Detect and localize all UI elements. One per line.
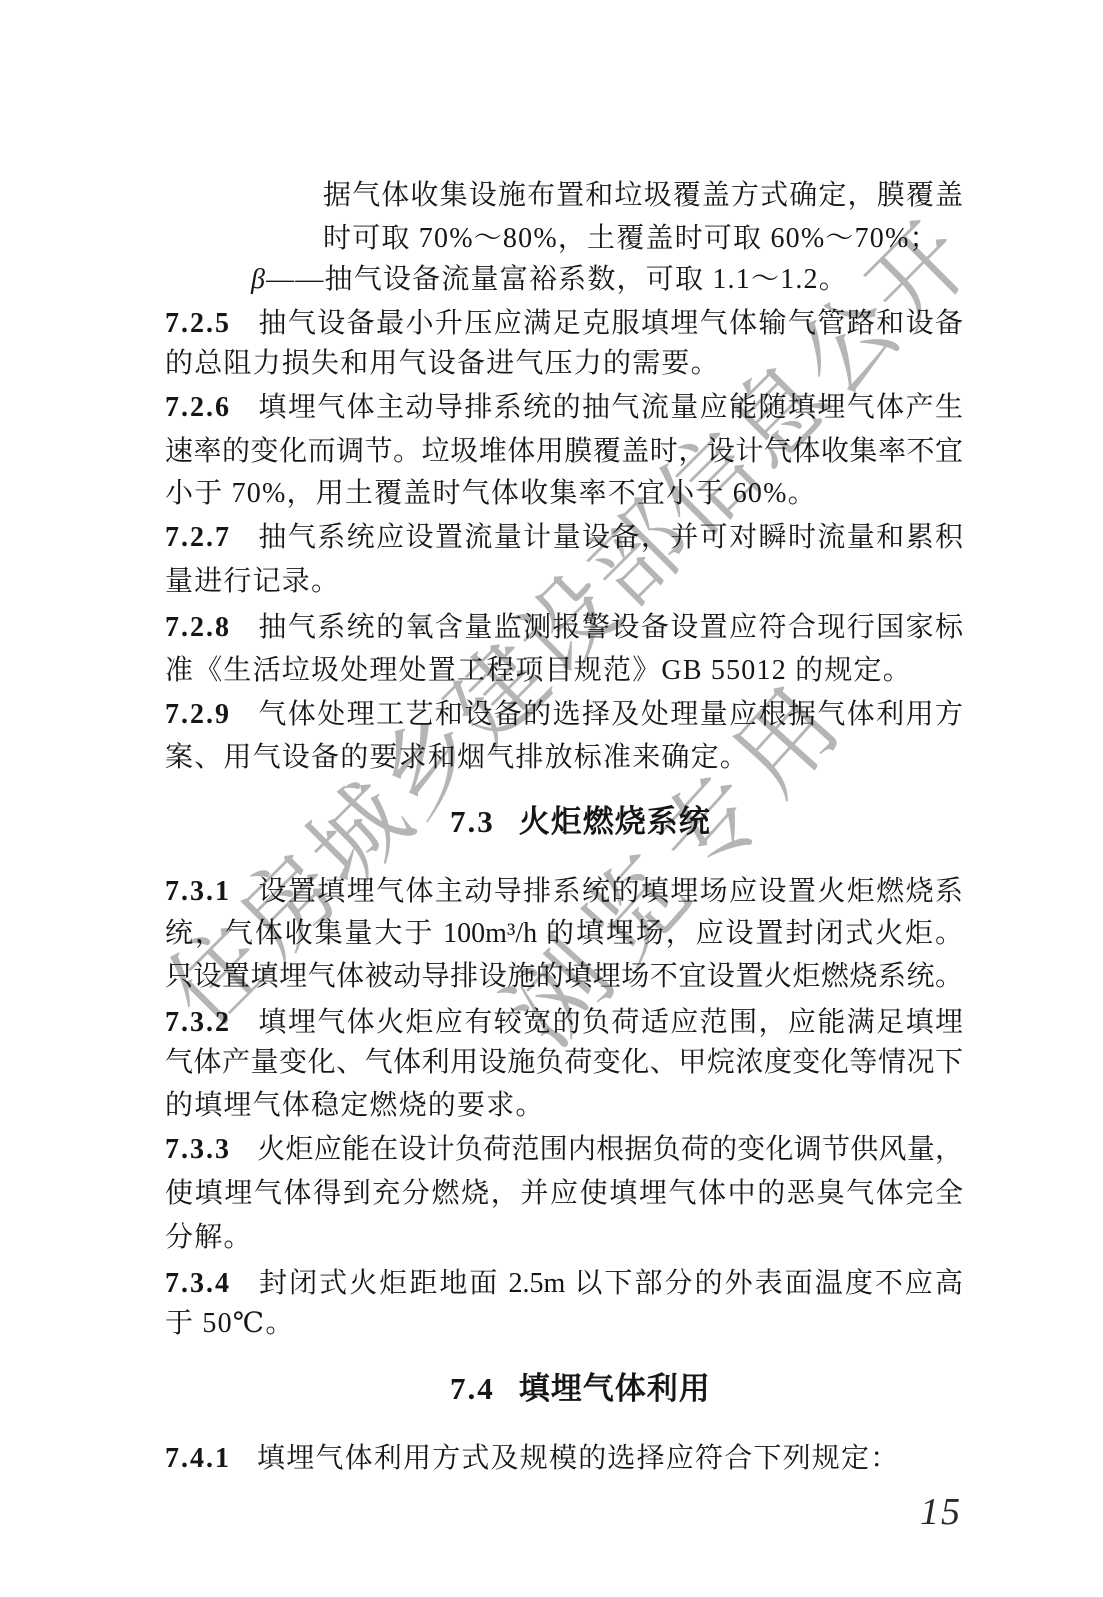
body-line: 7.2.9气体处理工艺和设备的选择及处理量应根据气体利用方 <box>165 697 963 733</box>
clause-number: 7.3.1 <box>165 876 231 907</box>
heading-title: 火炬燃烧系统 <box>519 804 711 839</box>
body-line: 的填埋气体稳定燃烧的要求。 <box>165 1088 545 1124</box>
clause-number: 7.2.6 <box>165 392 231 423</box>
body-line: 分解。 <box>165 1220 253 1256</box>
line-text: 小于 70%，用土覆盖时气体收集率不宜小于 60%。 <box>165 478 817 509</box>
body-line: 7.2.5抽气设备最小升压应满足克服填埋气体输气管路和设备 <box>165 306 963 342</box>
line-text: 据气体收集设施布置和垃圾覆盖方式确定，膜覆盖 <box>323 180 963 211</box>
body-line: β——抽气设备流量富裕系数，可取 1.1～1.2。 <box>251 262 848 298</box>
clause-number: 7.3.2 <box>165 1007 231 1038</box>
line-text: 设置填埋气体主动导排系统的填埋场应设置火炬燃烧系 <box>257 876 963 907</box>
line-text: 抽气系统应设置流量计量设备，并可对瞬时流量和累积 <box>257 522 963 553</box>
line-text: 抽气系统的氧含量监测报警设备设置应符合现行国家标 <box>257 612 963 643</box>
line-text: 速率的变化而调节。垃圾堆体用膜覆盖时，设计气体收集率不宜 <box>165 436 963 467</box>
clause-number: 7.4.1 <box>165 1443 231 1474</box>
line-text: ——抽气设备流量富裕系数，可取 1.1～1.2。 <box>266 264 848 295</box>
line-text: 气体产量变化、气体利用设施负荷变化、甲烷浓度变化等情况下 <box>165 1047 963 1078</box>
clause-number: 7.2.9 <box>165 699 231 730</box>
line-text: 填埋气体火炬应有较宽的负荷适应范围，应能满足填埋 <box>257 1007 963 1038</box>
body-line: 7.3.2填埋气体火炬应有较宽的负荷适应范围，应能满足填埋 <box>165 1005 963 1041</box>
line-text: 于 50℃。 <box>165 1308 295 1339</box>
line-text: 只设置填埋气体被动导排设施的填埋场不宜设置火炬燃烧系统。 <box>165 961 963 992</box>
heading-number: 7.3 <box>450 804 495 839</box>
document-page: 住房城乡建设部信息公开 浏览专用 据气体收集设施布置和垃圾覆盖方式确定，膜覆盖时… <box>0 0 1103 1597</box>
line-text: 统，气体收集量大于 100m³/h 的填埋场，应设置封闭式火炬。 <box>165 918 963 949</box>
line-text: 的总阻力损失和用气设备进气压力的需要。 <box>165 348 720 379</box>
body-line: 统，气体收集量大于 100m³/h 的填埋场，应设置封闭式火炬。 <box>165 916 963 952</box>
body-line: 气体产量变化、气体利用设施负荷变化、甲烷浓度变化等情况下 <box>165 1045 963 1081</box>
section-heading: 7.4填埋气体利用 <box>450 1371 711 1407</box>
clause-number: 7.3.4 <box>165 1268 231 1299</box>
clause-number: 7.2.5 <box>165 308 231 339</box>
line-text: 案、用气设备的要求和烟气排放标准来确定。 <box>165 742 749 773</box>
line-text: 封闭式火炬距地面 2.5m 以下部分的外表面温度不应高 <box>257 1268 963 1299</box>
symbol-beta: β <box>251 264 266 295</box>
heading-title: 填埋气体利用 <box>519 1371 711 1406</box>
body-line: 7.3.4封闭式火炬距地面 2.5m 以下部分的外表面温度不应高 <box>165 1266 963 1302</box>
section-heading: 7.3火炬燃烧系统 <box>450 804 711 840</box>
body-line: 时可取 70%～80%，土覆盖时可取 60%～70%； <box>323 221 939 257</box>
body-line: 于 50℃。 <box>165 1306 295 1342</box>
body-line: 7.2.6填埋气体主动导排系统的抽气流量应能随填埋气体产生 <box>165 390 963 426</box>
clause-number: 7.2.8 <box>165 612 231 643</box>
line-text: 火炬应能在设计负荷范围内根据负荷的变化调节供风量， <box>257 1134 963 1165</box>
line-text: 使填埋气体得到充分燃烧，并应使填埋气体中的恶臭气体完全 <box>165 1178 963 1209</box>
line-text: 时可取 70%～80%，土覆盖时可取 60%～70%； <box>323 223 939 254</box>
clause-number: 7.3.3 <box>165 1134 231 1165</box>
body-line: 案、用气设备的要求和烟气排放标准来确定。 <box>165 740 749 776</box>
line-text: 填埋气体利用方式及规模的选择应符合下列规定： <box>257 1443 899 1474</box>
line-text: 量进行记录。 <box>165 566 340 597</box>
clause-number: 7.2.7 <box>165 522 231 553</box>
heading-number: 7.4 <box>450 1371 495 1406</box>
body-line: 速率的变化而调节。垃圾堆体用膜覆盖时，设计气体收集率不宜 <box>165 434 963 470</box>
line-text: 气体处理工艺和设备的选择及处理量应根据气体利用方 <box>257 699 963 730</box>
line-text: 抽气设备最小升压应满足克服填埋气体输气管路和设备 <box>257 308 963 339</box>
line-text: 填埋气体主动导排系统的抽气流量应能随填埋气体产生 <box>257 392 963 423</box>
body-line: 据气体收集设施布置和垃圾覆盖方式确定，膜覆盖 <box>323 178 963 214</box>
body-line: 小于 70%，用土覆盖时气体收集率不宜小于 60%。 <box>165 476 817 512</box>
document-content: 据气体收集设施布置和垃圾覆盖方式确定，膜覆盖时可取 70%～80%，土覆盖时可取… <box>0 0 1103 1597</box>
body-line: 量进行记录。 <box>165 564 340 600</box>
body-line: 7.3.3火炬应能在设计负荷范围内根据负荷的变化调节供风量， <box>165 1132 963 1168</box>
line-text: 分解。 <box>165 1222 253 1253</box>
body-line: 7.3.1设置填埋气体主动导排系统的填埋场应设置火炬燃烧系 <box>165 874 963 910</box>
line-text: 准《生活垃圾处理处置工程项目规范》GB 55012 的规定。 <box>165 655 912 686</box>
line-text: 的填埋气体稳定燃烧的要求。 <box>165 1090 545 1121</box>
body-line: 7.2.8抽气系统的氧含量监测报警设备设置应符合现行国家标 <box>165 610 963 646</box>
body-line: 7.4.1填埋气体利用方式及规模的选择应符合下列规定： <box>165 1441 899 1477</box>
body-line: 的总阻力损失和用气设备进气压力的需要。 <box>165 346 720 382</box>
body-line: 7.2.7抽气系统应设置流量计量设备，并可对瞬时流量和累积 <box>165 520 963 556</box>
body-line: 只设置填埋气体被动导排设施的填埋场不宜设置火炬燃烧系统。 <box>165 959 963 995</box>
body-line: 准《生活垃圾处理处置工程项目规范》GB 55012 的规定。 <box>165 653 912 689</box>
body-line: 使填埋气体得到充分燃烧，并应使填埋气体中的恶臭气体完全 <box>165 1176 963 1212</box>
